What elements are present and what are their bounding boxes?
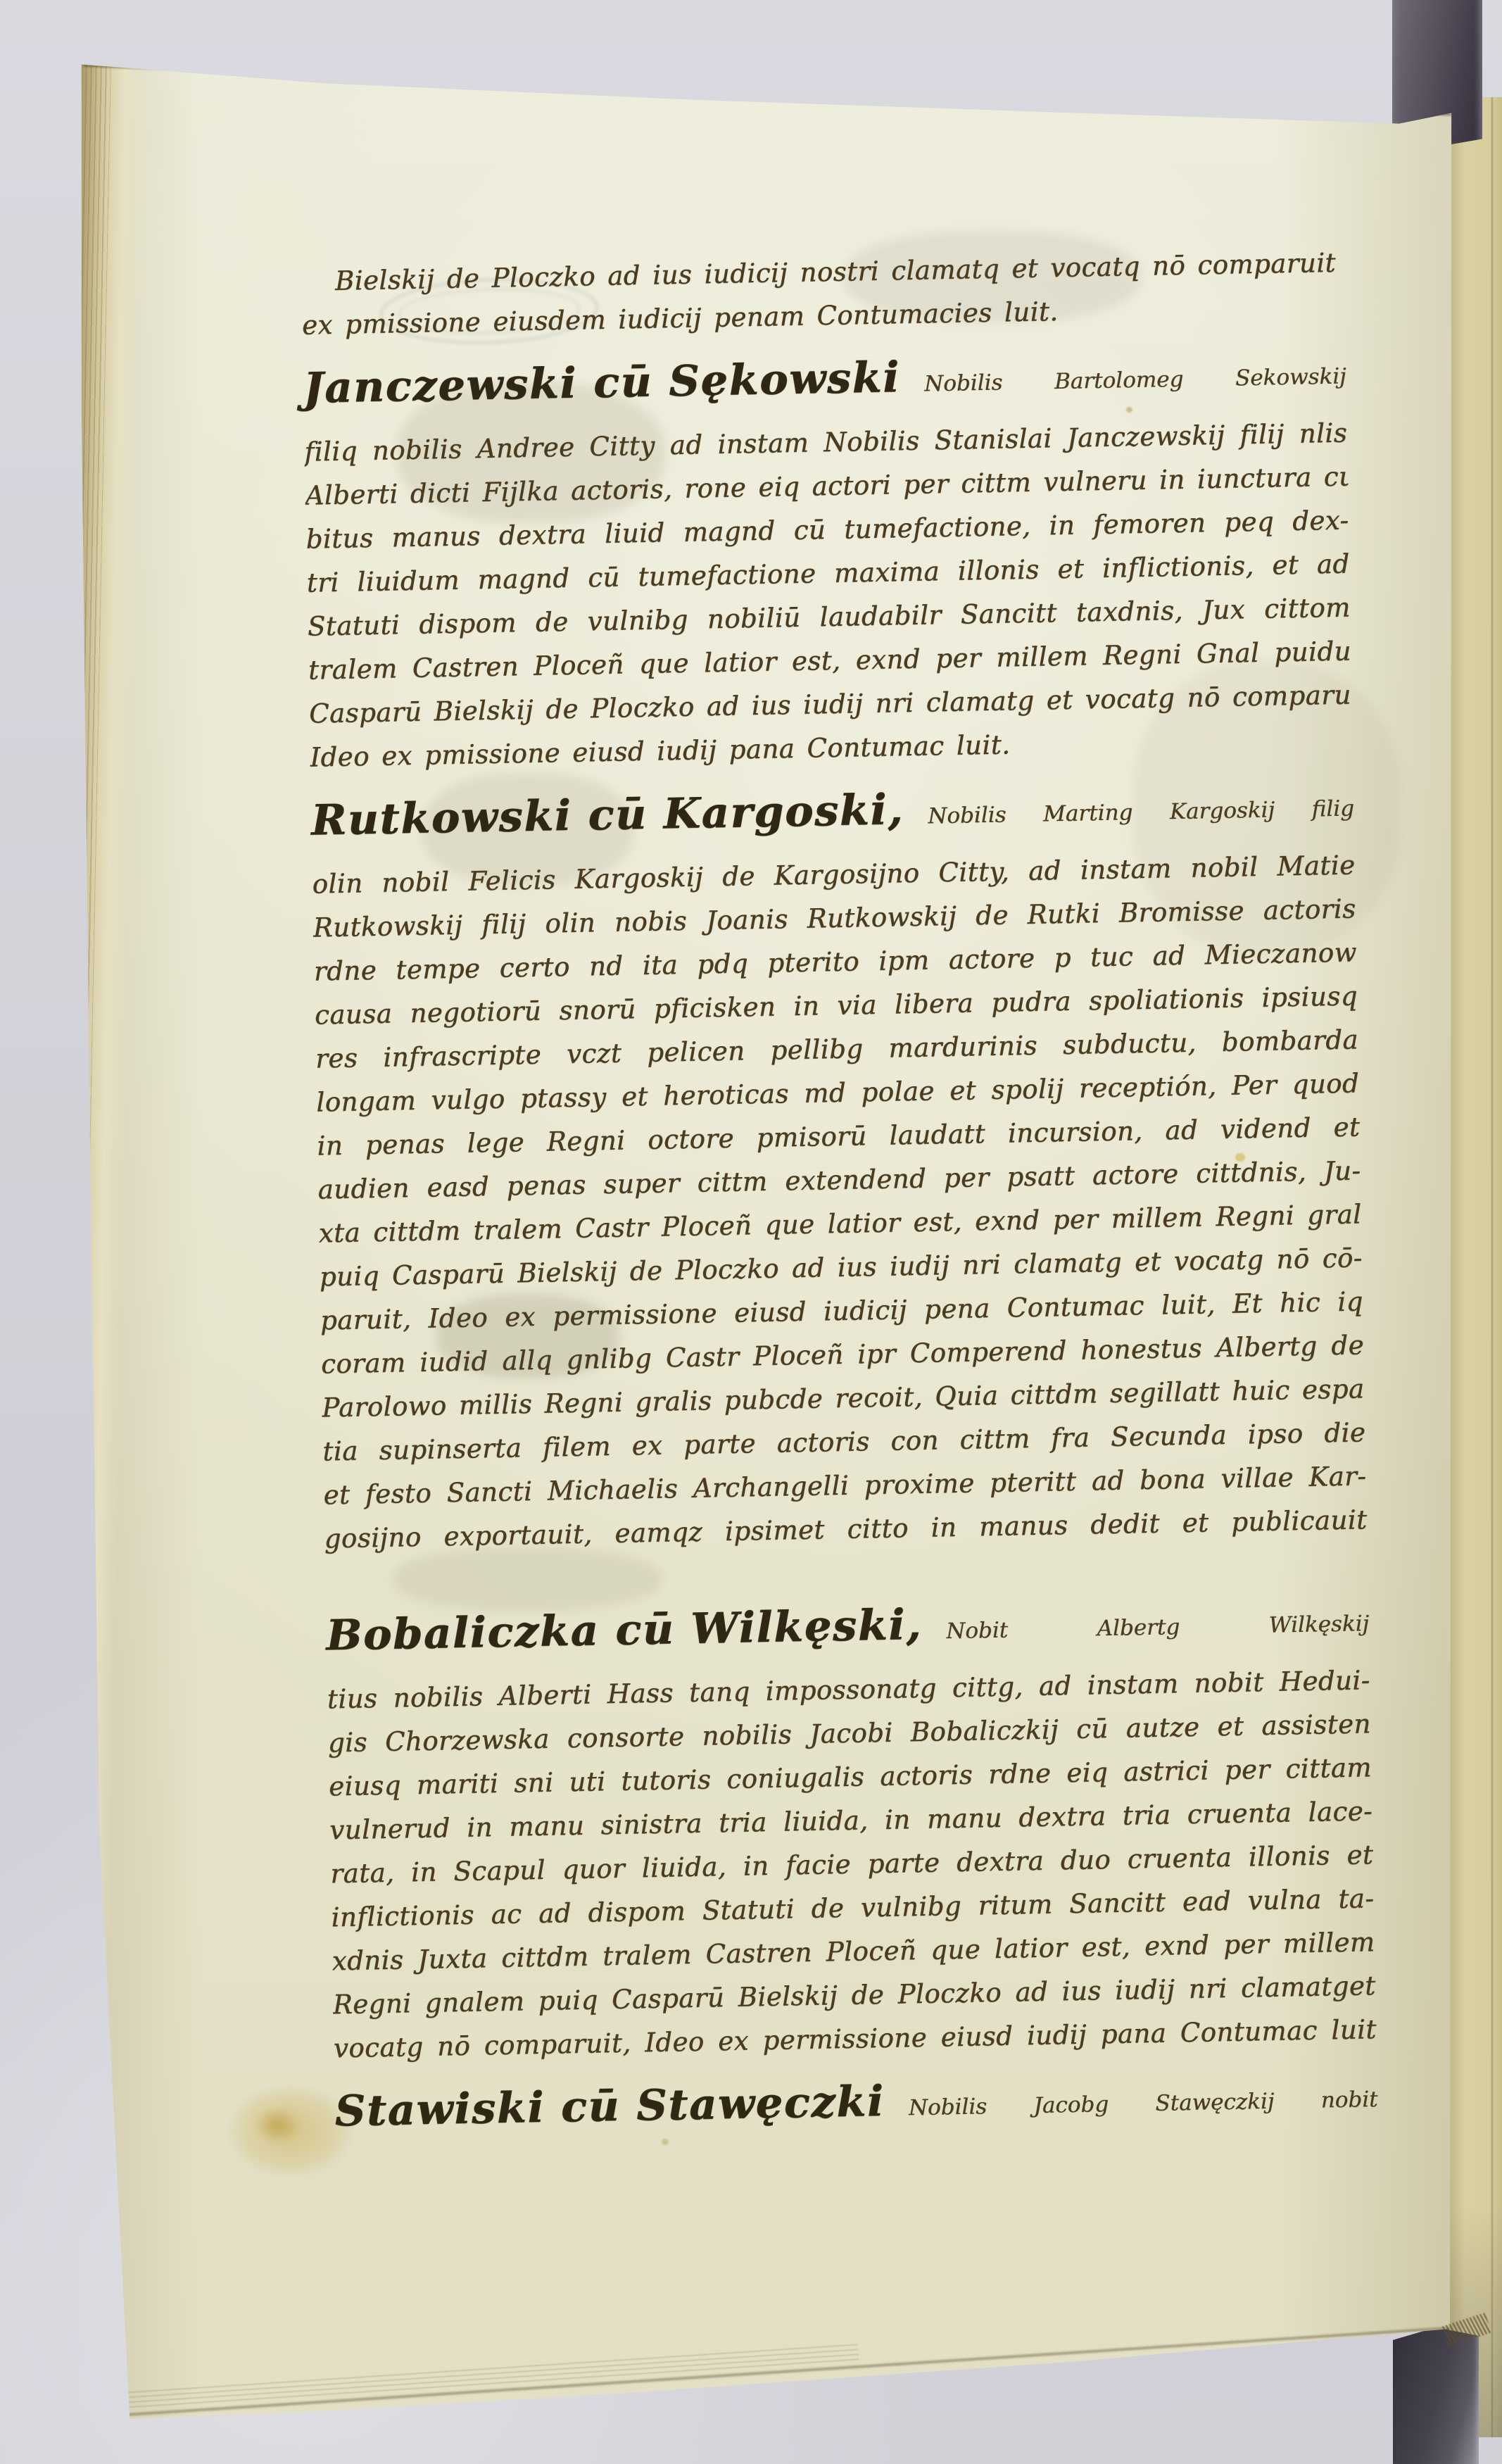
entry-heading-note: Nobilis Jacobg Stawęczkij nobit (908, 2087, 1377, 2120)
court-record-entries: Janczewski cū SękowskiNobilis Bartolomeg… (303, 334, 1379, 2150)
entry-title: Rutkowski cū Kargoski, (310, 774, 904, 855)
court-record-entry: Stawiski cū StawęczkiNobilis Jacobg Staw… (334, 2057, 1379, 2149)
manuscript-page: Bielskij de Ploczko ad ius iudicij nostr… (77, 55, 1454, 2426)
page-crease-line (1491, 97, 1493, 2437)
manuscript-photograph-scene: Bielskij de Ploczko ad ius iudicij nostr… (0, 0, 1502, 2464)
book-strap-bottom (1393, 2327, 1479, 2464)
court-record-entry: Bobaliczka cū Wilkęski,Nobit Albertg Wil… (325, 1581, 1377, 2070)
court-record-entry: Janczewski cū SękowskiNobilis Bartolomeg… (303, 334, 1353, 780)
entry-heading-note: Nobilis Bartolomeg Sekowskij (924, 364, 1346, 397)
entry-heading: Stawiski cū StawęczkiNobilis Jacobg Staw… (334, 2057, 1379, 2149)
entry-heading-note: Nobilis Marting Kargoskij filig (928, 796, 1354, 829)
adjacent-page-fore-edge (1446, 97, 1502, 2437)
entry-heading-note: Nobit Albertg Wilkęskij (946, 1611, 1370, 1644)
entry-title: Janczewski cū Sękowski (303, 342, 901, 424)
handwritten-text-block: Bielskij de Ploczko ad ius iudicij nostr… (301, 241, 1378, 2154)
entry-heading: Janczewski cū SękowskiNobilis Bartolomeg… (303, 334, 1347, 427)
court-record-entry: Rutkowski cū Kargoski,Nobilis Marting Ka… (310, 766, 1368, 1561)
entry-title: Bobaliczka cū Wilkęski, (325, 1590, 923, 1671)
entry-heading: Rutkowski cū Kargoski,Nobilis Marting Ka… (310, 766, 1355, 858)
entry-heading: Bobaliczka cū Wilkęski,Nobit Albertg Wil… (325, 1581, 1370, 1673)
entry-title: Stawiski cū Stawęczki (334, 2066, 885, 2146)
